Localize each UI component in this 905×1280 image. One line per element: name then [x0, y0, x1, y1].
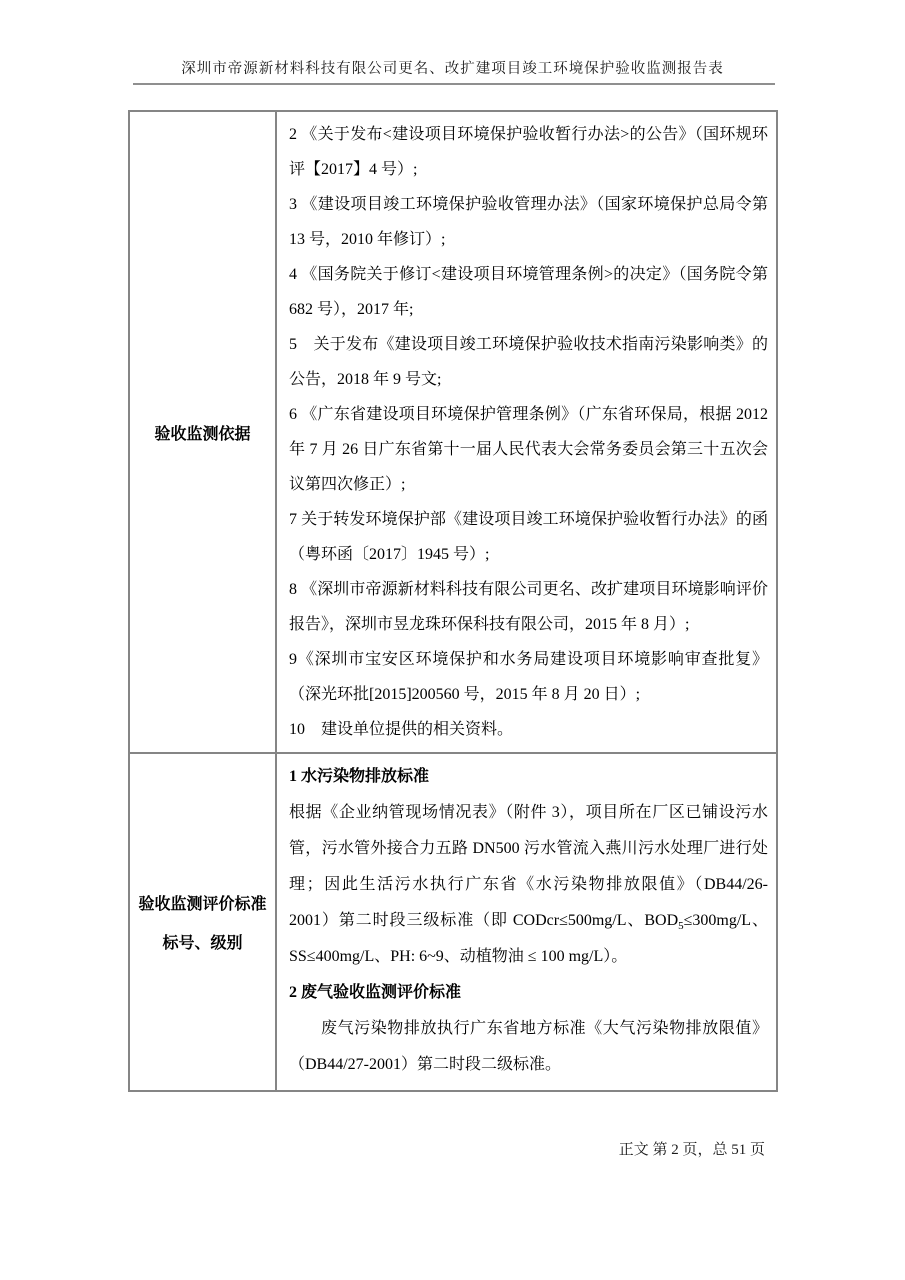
evaluation-standard-label-line1: 验收监测评价标准 — [138, 891, 266, 914]
basis-item-10: 10 建设单位提供的相关资料。 — [289, 712, 768, 747]
evaluation-standard-label-line2: 标号、级别 — [162, 930, 242, 953]
document-header-title: 深圳市帝源新材料科技有限公司更名、改扩建项目竣工环境保护验收监测报告表 — [0, 57, 905, 78]
basis-item-8: 8 《深圳市帝源新材料科技有限公司更名、改扩建项目环境影响评价报告》，深圳市昱龙… — [289, 572, 768, 642]
gas-standard-heading: 2 废气验收监测评价标准 — [289, 975, 768, 1011]
basis-item-3: 3 《建设项目竣工环境保护验收管理办法》（国家环境保护总局令第 13 号，201… — [289, 187, 768, 257]
water-standard-text: 根据《企业纳管现场情况表》（附件 3），项目所在厂区已铺设污水管，污水管外接合力… — [289, 795, 768, 975]
basis-item-6: 6 《广东省建设项目环境保护管理条例》（广东省环保局，根据 2012 年 7 月… — [289, 397, 768, 502]
page-number-footer: 正文 第 2 页，总 51 页 — [619, 1138, 765, 1159]
basis-item-4: 4 《国务院关于修订<建设项目环境管理条例>的决定》（国务院令第 682 号），… — [289, 257, 768, 327]
basis-item-9: 9《深圳市宝安区环境保护和水务局建设项目环境影响审查批复》（深光环批[2015]… — [289, 642, 768, 712]
evaluation-standard-label-cell: 验收监测评价标准 标号、级别 — [130, 754, 277, 1090]
basis-item-2: 2 《关于发布<建设项目环境保护验收暂行办法>的公告》（国环规环评【2017】4… — [289, 117, 768, 187]
report-table: 验收监测依据 2 《关于发布<建设项目环境保护验收暂行办法>的公告》（国环规环评… — [128, 110, 778, 1092]
header-divider-rule — [133, 83, 775, 85]
evaluation-standard-content-cell: 1 水污染物排放标准 根据《企业纳管现场情况表》（附件 3），项目所在厂区已铺设… — [277, 754, 776, 1090]
acceptance-basis-label-cell: 验收监测依据 — [130, 112, 277, 752]
basis-item-7: 7 关于转发环境保护部《建设项目竣工环境保护验收暂行办法》的函（粤环函〔2017… — [289, 502, 768, 572]
basis-item-5: 5 关于发布《建设项目竣工环境保护验收技术指南污染影响类》的公告，2018 年 … — [289, 327, 768, 397]
water-standard-heading: 1 水污染物排放标准 — [289, 759, 768, 795]
acceptance-basis-content-cell: 2 《关于发布<建设项目环境保护验收暂行办法>的公告》（国环规环评【2017】4… — [277, 112, 776, 752]
acceptance-basis-label: 验收监测依据 — [154, 421, 250, 444]
table-row-acceptance-basis: 验收监测依据 2 《关于发布<建设项目环境保护验收暂行办法>的公告》（国环规环评… — [130, 112, 776, 754]
water-standard-text-part1: 根据《企业纳管现场情况表》（附件 3），项目所在厂区已铺设污水管，污水管外接合力… — [289, 804, 768, 929]
gas-standard-text: 废气污染物排放执行广东省地方标准《大气污染物排放限值》（DB44/27-2001… — [289, 1011, 768, 1083]
table-row-evaluation-standard: 验收监测评价标准 标号、级别 1 水污染物排放标准 根据《企业纳管现场情况表》（… — [130, 754, 776, 1090]
